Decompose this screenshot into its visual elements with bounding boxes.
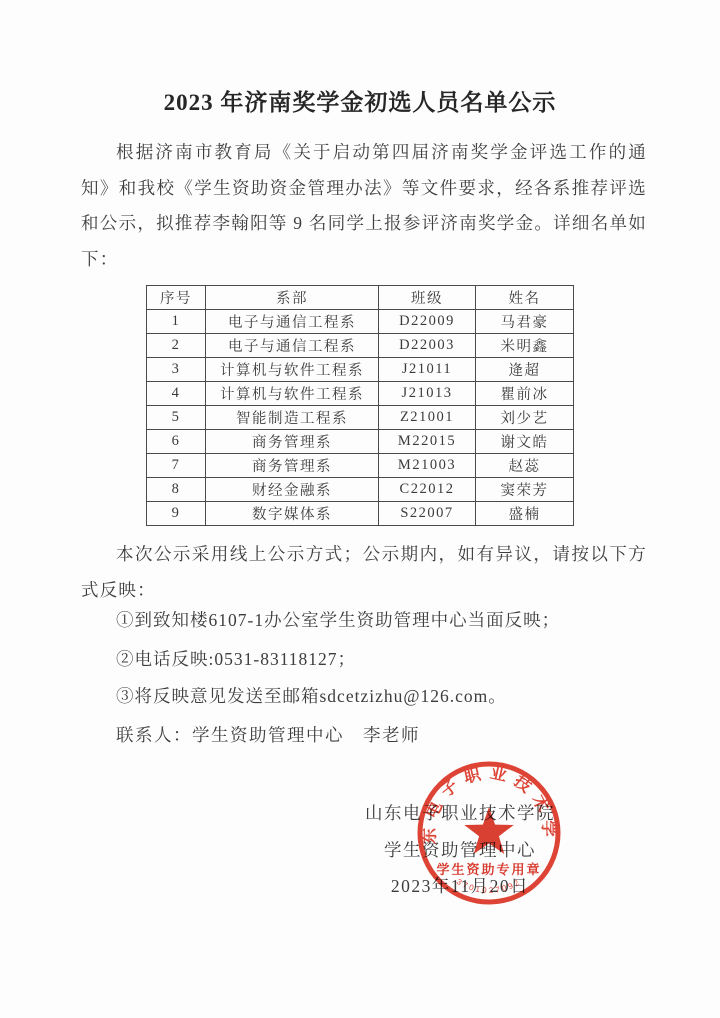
- table-cell: 米明鑫: [476, 334, 574, 358]
- table-row: 5智能制造工程系Z21001刘少艺: [147, 406, 574, 430]
- table-cell: 财经金融系: [206, 478, 379, 502]
- table-cell: C22012: [379, 478, 476, 502]
- notice-title: 2023 年济南奖学金初选人员名单公示: [0, 84, 720, 117]
- contact-line: 联系人：学生资助管理中心 李老师: [116, 722, 656, 747]
- table-row: 8财经金融系C22012窦荣芳: [147, 478, 574, 502]
- signature-date: 2023年11月20日: [315, 868, 605, 905]
- table-cell: 9: [147, 502, 206, 526]
- table-cell: M22015: [379, 430, 476, 454]
- table-row: 4计算机与软件工程系J21013瞿前冰: [147, 382, 574, 406]
- table-cell: 瞿前冰: [476, 382, 574, 406]
- table-row: 9数字媒体系S22007盛楠: [147, 502, 574, 526]
- table-row: 7商务管理系M21003赵蕊: [147, 454, 574, 478]
- table-cell: 3: [147, 358, 206, 382]
- table-row: 6商务管理系M22015谢文皓: [147, 430, 574, 454]
- table-cell: 谢文皓: [476, 430, 574, 454]
- signature-dept: 学生资助管理中心: [315, 832, 605, 869]
- table-cell: J21011: [379, 358, 476, 382]
- candidates-table-container: 序号 系部 班级 姓名 1电子与通信工程系D22009马君豪2电子与通信工程系D…: [146, 285, 574, 526]
- table-cell: 数字媒体系: [206, 502, 379, 526]
- header-cell-department: 系部: [206, 286, 379, 310]
- table-cell: 4: [147, 382, 206, 406]
- table-cell: 2: [147, 334, 206, 358]
- table-cell: 5: [147, 406, 206, 430]
- feedback-item-1: ①到致知楼6107-1办公室学生资助管理中心当面反映；: [116, 608, 656, 632]
- table-cell: 盛楠: [476, 502, 574, 526]
- table-cell: 6: [147, 430, 206, 454]
- table-cell: 7: [147, 454, 206, 478]
- table-cell: 电子与通信工程系: [206, 310, 379, 334]
- table-cell: 逄超: [476, 358, 574, 382]
- table-cell: 商务管理系: [206, 430, 379, 454]
- table-cell: J21013: [379, 382, 476, 406]
- table-cell: Z21001: [379, 406, 476, 430]
- table-cell: 马君豪: [476, 310, 574, 334]
- table-cell: 智能制造工程系: [206, 406, 379, 430]
- header-cell-index: 序号: [147, 286, 206, 310]
- table-cell: D22009: [379, 310, 476, 334]
- announcement-paragraph: 本次公示采用线上公示方式；公示期内，如有异议，请按以下方式反映：: [81, 537, 647, 608]
- intro-paragraph: 根据济南市教育局《关于启动第四届济南奖学金评选工作的通知》和我校《学生资助资金管…: [81, 135, 647, 277]
- table-cell: 1: [147, 310, 206, 334]
- table-cell: M21003: [379, 454, 476, 478]
- table-cell: 计算机与软件工程系: [206, 358, 379, 382]
- table-cell: S22007: [379, 502, 476, 526]
- table-row: 3计算机与软件工程系J21011逄超: [147, 358, 574, 382]
- table-cell: D22003: [379, 334, 476, 358]
- table-cell: 商务管理系: [206, 454, 379, 478]
- candidates-table: 序号 系部 班级 姓名 1电子与通信工程系D22009马君豪2电子与通信工程系D…: [146, 285, 574, 526]
- table-cell: 窦荣芳: [476, 478, 574, 502]
- table-body: 1电子与通信工程系D22009马君豪2电子与通信工程系D22003米明鑫3计算机…: [147, 310, 574, 526]
- feedback-item-3: ③将反映意见发送至邮箱sdcetzizhu@126.com。: [116, 684, 656, 708]
- table-row: 2电子与通信工程系D22003米明鑫: [147, 334, 574, 358]
- table-header-row: 序号 系部 班级 姓名: [147, 286, 574, 310]
- signature-org: 山东电子职业技术学院: [315, 795, 605, 832]
- table-cell: 计算机与软件工程系: [206, 382, 379, 406]
- header-cell-name: 姓名: [476, 286, 574, 310]
- table-row: 1电子与通信工程系D22009马君豪: [147, 310, 574, 334]
- feedback-item-2: ②电话反映:0531-83118127；: [116, 647, 656, 671]
- signature-block: 山东电子职业技术学院 学生资助管理中心 2023年11月20日: [315, 795, 605, 905]
- header-cell-class: 班级: [379, 286, 476, 310]
- table-cell: 8: [147, 478, 206, 502]
- table-cell: 赵蕊: [476, 454, 574, 478]
- table-cell: 电子与通信工程系: [206, 334, 379, 358]
- table-cell: 刘少艺: [476, 406, 574, 430]
- document-page: 2023 年济南奖学金初选人员名单公示 根据济南市教育局《关于启动第四届济南奖学…: [0, 0, 720, 1018]
